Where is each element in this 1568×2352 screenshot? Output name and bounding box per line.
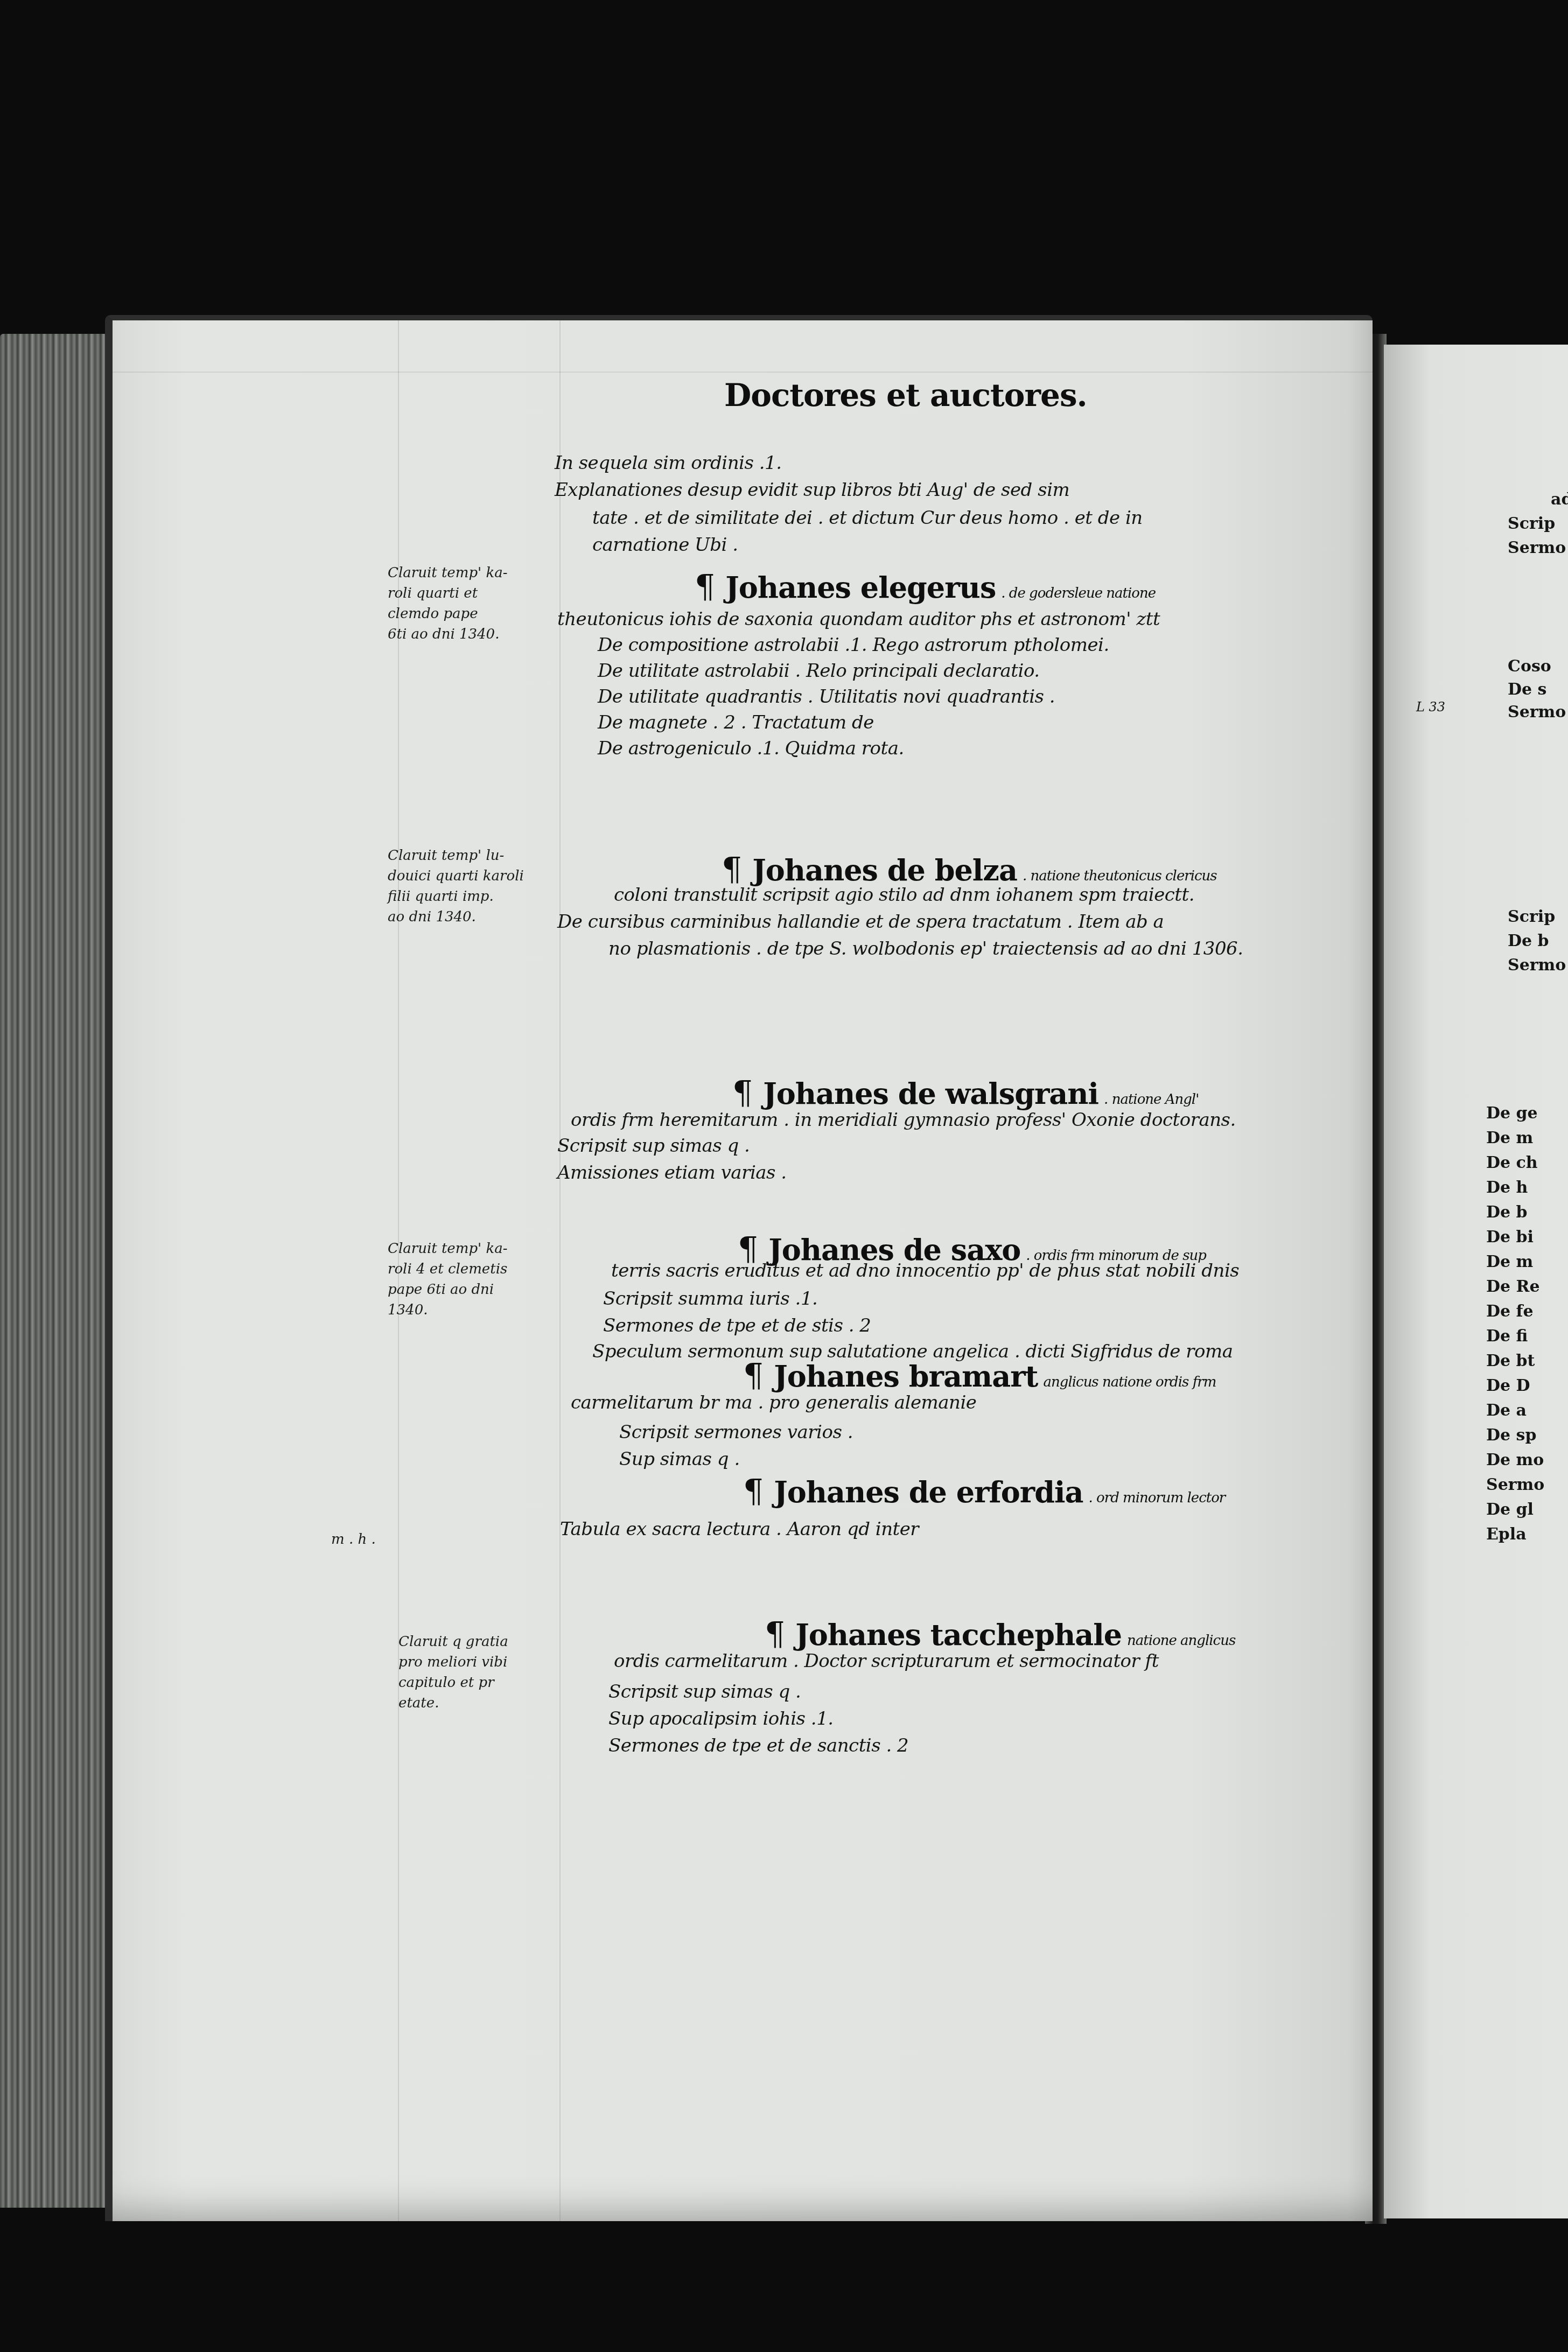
entry-line: De utilitate quadrantis . Utilitatis nov… [598, 686, 1055, 708]
intro-line: In sequela sim ordinis .1. [555, 452, 781, 474]
page-shadow [0, 2224, 1568, 2352]
facing-page-fragment: Coso [1508, 654, 1551, 679]
entry-line: Sup simas q . [619, 1448, 740, 1470]
text-ruling [559, 320, 561, 2221]
paragraph-mark-icon: ¶ [695, 568, 715, 606]
entry-line: Amissiones etiam varias . [557, 1162, 787, 1184]
margin-note: Claruit temp' lu-douici quarti karolifil… [388, 845, 544, 927]
entry-line: Sermones de tpe et de sanctis . 2 [608, 1735, 908, 1756]
entry-heading: ¶Johanes tacchephalenatione anglicus [765, 1615, 1235, 1653]
intro-line: carnatione Ubi . [592, 534, 738, 556]
facing-page-fragment: L 33 [1416, 695, 1445, 719]
margin-note: Claruit q gratiapro meliori vibicapitulo… [398, 1632, 555, 1713]
entry-line: ordis carmelitarum . Doctor scripturarum… [614, 1650, 1159, 1672]
entry-line: ordis frm heremitarum . in meridiali gym… [571, 1109, 1236, 1131]
intro-line: Explanationes desup evidit sup libros bt… [555, 479, 1069, 501]
entry-heading: ¶Johanes de walsgrani. natione Angl' [732, 1074, 1199, 1112]
entry-line: Scripsit sup simas q . [608, 1681, 801, 1703]
margin-note: Claruit temp' ka-roli 4 et clemetispape … [388, 1238, 544, 1320]
paragraph-mark-icon: ¶ [743, 1357, 763, 1395]
facing-page-fragment: Sermo [1508, 953, 1566, 978]
entry-line: Sermones de tpe et de stis . 2 [603, 1315, 871, 1336]
entry-line: De magnete . 2 . Tractatum de [598, 712, 874, 733]
page-title: Doctores et auctores. [724, 377, 1087, 414]
facing-page-fragment: Scrip [1508, 905, 1555, 929]
facing-page-fragment: Sermo [1508, 536, 1566, 561]
top-ruling [113, 372, 1373, 373]
margin-note: Claruit temp' ka-roli quarti etclemdo pa… [388, 563, 544, 645]
facing-page-fragment: De b [1508, 929, 1549, 954]
facing-page-fragment: Sermo [1508, 700, 1566, 725]
facing-page-fragment: De s [1508, 677, 1546, 702]
entry-line: De cursibus carminibus hallandie et de s… [557, 911, 1164, 933]
facing-page-fragment: ad [1551, 487, 1568, 512]
entry-line: De astrogeniculo .1. Quidma rota. [598, 738, 904, 759]
entry-line: Scripsit sup simas q . [557, 1135, 750, 1157]
entry-heading: ¶Johanes de belza. natione theutonicus c… [722, 851, 1217, 888]
entry-line: coloni transtulit scripsit agio stilo ad… [614, 884, 1194, 906]
entry-heading: ¶Johanes de erfordia. ord minorum lector [743, 1473, 1225, 1510]
entry-line: Scripsit summa iuris .1. [603, 1288, 817, 1310]
entry-line: carmelitarum br ma . pro generalis alema… [571, 1392, 976, 1413]
entry-heading: ¶Johanes elegerus. de godersleue natione [695, 568, 1156, 606]
entry-line: Tabula ex sacra lectura . Aaron qd inter [560, 1518, 919, 1540]
entry-line: De utilitate astrolabii . Relo principal… [598, 660, 1040, 682]
paragraph-mark-icon: ¶ [732, 1074, 752, 1112]
intro-line: tate . et de similitate dei . et dictum … [592, 507, 1143, 529]
facing-page-list: De ge De m De ch De h De b De bi De m De… [1486, 1101, 1544, 1547]
facing-page-fragment: Scrip [1508, 512, 1555, 536]
entry-line: theutonicus iohis de saxonia quondam aud… [557, 608, 1160, 630]
entry-line: De compositione astrolabii .1. Rego astr… [598, 634, 1109, 656]
paragraph-mark-icon: ¶ [765, 1615, 785, 1653]
paragraph-mark-icon: ¶ [743, 1473, 763, 1510]
margin-note: m . h . [331, 1529, 487, 1550]
book-page-edges [0, 334, 116, 2208]
entry-line: Scripsit sermones varios . [619, 1422, 853, 1443]
entry-line: Sup apocalipsim iohis .1. [608, 1708, 834, 1730]
entry-heading: ¶Johanes bramartanglicus natione ordis f… [743, 1357, 1216, 1395]
paragraph-mark-icon: ¶ [722, 851, 741, 888]
entry-line: terris sacris eruditus et ad dno innocen… [611, 1260, 1239, 1282]
entry-line: no plasmationis . de tpe S. wolbodonis e… [608, 938, 1243, 960]
